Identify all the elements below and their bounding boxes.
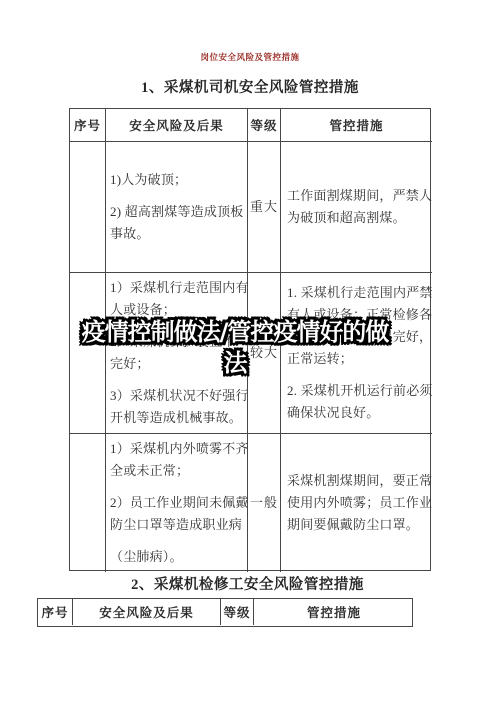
risk-text: 全或未正常； (110, 460, 245, 482)
measure-text: 1. 采煤机行走范围内严禁 (287, 282, 430, 304)
measure-text: 期间要佩戴防尘口罩。 (287, 514, 430, 536)
risk-text: 2）员工作业期间未佩戴 (110, 492, 245, 514)
risk-text: 防尘口罩等造成职业病 (110, 514, 245, 536)
col-header-seq: 序号 (70, 109, 106, 142)
measure-text: 2. 采煤机开机运行前必须 (287, 380, 430, 402)
risk-text: 1）采煤机行走范围内有 (110, 277, 245, 299)
measure-text: 采煤机割煤期间，要正常 (287, 470, 430, 492)
col-header-measure: 管控措施 (254, 599, 414, 625)
col-header-seq: 序号 (38, 599, 73, 625)
watermark-line-2: 法 (0, 348, 470, 379)
measure-text: 确保状况良好。 (287, 402, 430, 424)
measure-cell: 采煤机割煤期间，要正常 使用内外喷雾；员工作业 期间要佩戴防尘口罩。 (281, 434, 432, 572)
col-header-risk: 安全风险及后果 (106, 109, 248, 142)
document-header-label: 岗位安全风险及管控措施 (0, 51, 500, 63)
risk-text: 3）采煤机状况不好强行 (110, 385, 245, 407)
risk-text: （尘肺病）。 (110, 546, 245, 568)
col-header-level: 等级 (221, 599, 254, 625)
risk-text: 1）采煤机内外喷雾不齐 (110, 438, 245, 460)
risk-text: 事故。 (110, 223, 245, 245)
col-header-level: 等级 (248, 109, 281, 142)
risk-level-badge: 重大 (248, 142, 281, 273)
seq-cell (70, 142, 106, 273)
section2-table: 序号 安全风险及后果 等级 管控措施 (37, 598, 413, 627)
measure-text: 工作面割煤期间，严禁人 (287, 185, 430, 207)
watermark-line-1: 疫情控制做法/管控疫情好的做 (0, 317, 470, 348)
measure-text: 为破顶和超高割煤。 (287, 207, 430, 229)
col-header-risk: 安全风险及后果 (73, 599, 221, 625)
risk-text: 1)人为破顶； (110, 169, 245, 191)
section1-title: 1、采煤机司机安全风险管控措施 (0, 76, 500, 97)
risk-cell: 1)人为破顶； 2) 超高割煤等造成顶板 事故。 (106, 142, 248, 273)
risk-cell: 1）采煤机内外喷雾不齐 全或未正常； 2）员工作业期间未佩戴 防尘口罩等造成职业… (106, 434, 248, 572)
watermark-overlay-text: 疫情控制做法/管控疫情好的做 法 (0, 317, 470, 379)
seq-cell (70, 434, 106, 572)
risk-text: 开机等造成机械事故。 (110, 407, 245, 429)
measure-cell: 工作面割煤期间，严禁人 为破顶和超高割煤。 (281, 142, 432, 273)
section2-title: 2、采煤机检修工安全风险管控措施 (0, 573, 495, 594)
document-page: 岗位安全风险及管控措施 1、采煤机司机安全风险管控措施 序号 安全风险及后果 等… (0, 0, 500, 707)
col-header-measure: 管控措施 (281, 109, 432, 142)
risk-level-badge: 一般 (248, 434, 281, 572)
risk-text: 2) 超高割煤等造成顶板 (110, 201, 245, 223)
measure-text: 使用内外喷雾；员工作业 (287, 492, 430, 514)
